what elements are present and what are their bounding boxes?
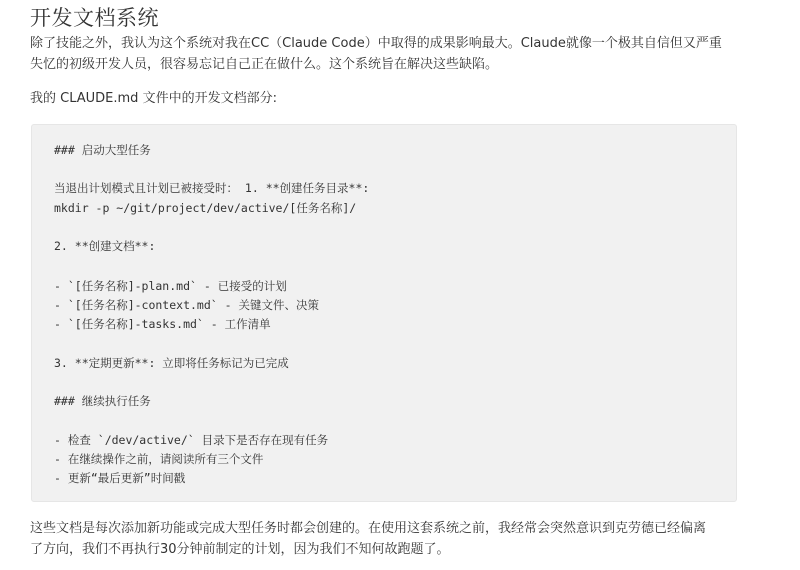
code-line: - 在继续操作之前，请阅读所有三个文件 bbox=[54, 450, 263, 468]
code-line: - 更新“最后更新”时间戳 bbox=[54, 469, 185, 487]
code-line: - `[任务名称]-plan.md` - 已接受的计划 bbox=[54, 277, 287, 295]
code-line: ### 启动大型任务 bbox=[54, 141, 151, 159]
outro-line-1: 这些文档是每次添加新功能或完成大型任务时都会创建的。在使用这套系统之前，我经常会… bbox=[30, 518, 750, 539]
code-line: - 检查 `/dev/active/` 目录下是否存在现有任务 bbox=[54, 431, 328, 449]
intro-line-1: 除了技能之外，我认为这个系统对我在CC（Claude Code）中取得的成果影响… bbox=[30, 33, 750, 54]
code-line: - `[任务名称]-context.md` - 关键文件、决策 bbox=[54, 296, 319, 314]
code-line: 3. **定期更新**: 立即将任务标记为已完成 bbox=[54, 354, 289, 372]
code-line: ### 继续执行任务 bbox=[54, 392, 151, 410]
section-title: 开发文档系统 bbox=[30, 2, 159, 32]
code-line: mkdir -p ~/git/project/dev/active/[任务名称]… bbox=[54, 199, 356, 217]
lead-paragraph: 我的 CLAUDE.md 文件中的开发文档部分: bbox=[30, 88, 750, 109]
intro-paragraph: 除了技能之外，我认为这个系统对我在CC（Claude Code）中取得的成果影响… bbox=[30, 33, 750, 75]
code-block: ### 启动大型任务 当退出计划模式且计划已被接受时： 1. **创建任务目录*… bbox=[31, 124, 737, 502]
code-line: - `[任务名称]-tasks.md` - 工作清单 bbox=[54, 315, 271, 333]
outro-paragraph: 这些文档是每次添加新功能或完成大型任务时都会创建的。在使用这套系统之前，我经常会… bbox=[30, 518, 750, 560]
code-line: 当退出计划模式且计划已被接受时： 1. **创建任务目录**: bbox=[54, 179, 369, 197]
intro-line-2: 失忆的初级开发人员，很容易忘记自己正在做什么。这个系统旨在解决这些缺陷。 bbox=[30, 54, 750, 75]
outro-line-2: 了方向，我们不再执行30分钟前制定的计划，因为我们不知何故跑题了。 bbox=[30, 539, 750, 560]
code-line: 2. **创建文档**: bbox=[54, 237, 155, 255]
